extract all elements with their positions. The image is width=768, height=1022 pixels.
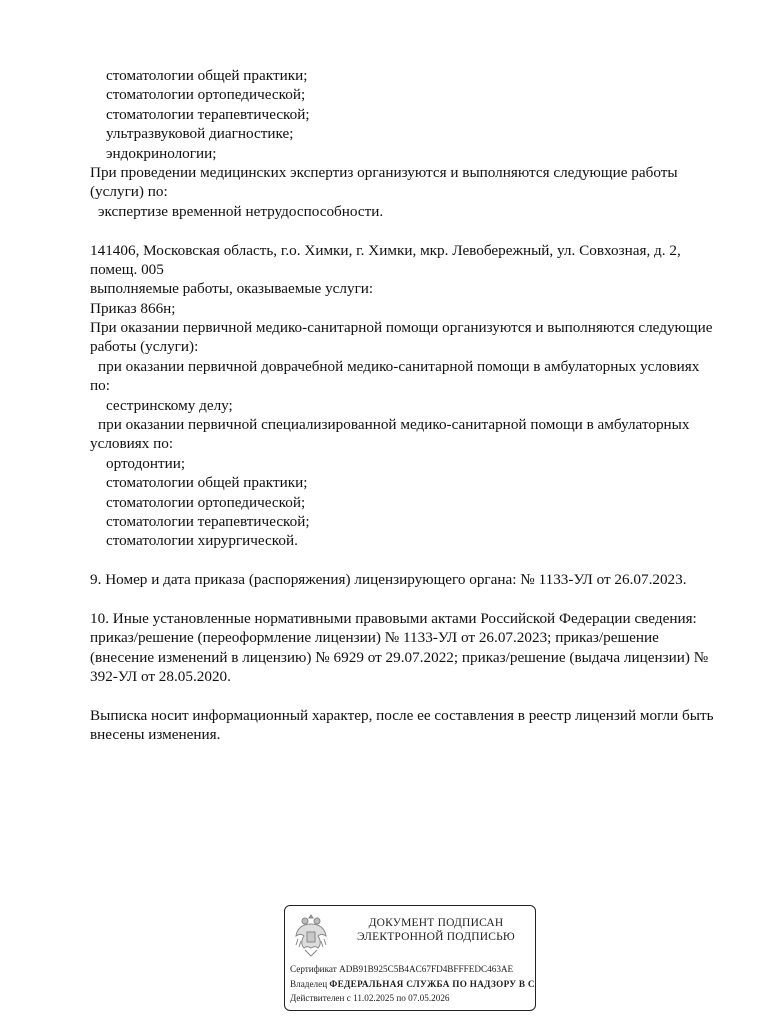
text-line: 141406, Московская область, г.о. Химки, … <box>90 241 730 260</box>
certificate-row: Сертификат ADB91B925C5B4AC67FD4BFFFEDC46… <box>290 962 536 977</box>
text-line: внесены изменения. <box>90 725 730 744</box>
russian-coat-of-arms-icon <box>293 912 329 958</box>
text-line: (услуги) по: <box>90 182 730 201</box>
text-line: 10. Иные установленные нормативными прав… <box>90 609 730 628</box>
text-line: работы (услуги): <box>90 337 730 356</box>
stamp-title-line-2: ЭЛЕКТРОННОЙ ПОДПИСЬЮ <box>341 930 531 944</box>
text-line: ортодонтии; <box>90 454 730 473</box>
blank-line <box>90 551 730 570</box>
certificate-value: ADB91B925C5B4AC67FD4BFFFEDC463AE <box>339 964 513 974</box>
stamp-title-line-1: ДОКУМЕНТ ПОДПИСАН <box>341 916 531 930</box>
text-line: условиях по: <box>90 434 730 453</box>
text-line: экспертизе временной нетрудоспособности. <box>90 202 730 221</box>
electronic-signature-stamp: ДОКУМЕНТ ПОДПИСАН ЭЛЕКТРОННОЙ ПОДПИСЬЮ С… <box>284 905 536 1011</box>
stamp-info: Сертификат ADB91B925C5B4AC67FD4BFFFEDC46… <box>290 962 536 1006</box>
stamp-title: ДОКУМЕНТ ПОДПИСАН ЭЛЕКТРОННОЙ ПОДПИСЬЮ <box>341 916 531 944</box>
owner-row: Владелец ФЕДЕРАЛЬНАЯ СЛУЖБА ПО НАДЗОРУ В… <box>290 977 536 992</box>
text-line: выполняемые работы, оказываемые услуги: <box>90 279 730 298</box>
text-line: сестринскому делу; <box>90 396 730 415</box>
text-line: стоматологии общей практики; <box>90 66 730 85</box>
validity-value: с 11.02.2025 по 07.05.2026 <box>347 993 450 1003</box>
text-line: ультразвуковой диагностике; <box>90 124 730 143</box>
text-line: при оказании первичной специализированно… <box>90 415 730 434</box>
text-line: стоматологии терапевтической; <box>90 105 730 124</box>
text-line: эндокринологии; <box>90 144 730 163</box>
text-line: помещ. 005 <box>90 260 730 279</box>
document-body: стоматологии общей практики;стоматологии… <box>90 66 730 745</box>
text-line: (внесение изменений в лицензию) № 6929 о… <box>90 648 730 667</box>
owner-value: ФЕДЕРАЛЬНАЯ СЛУЖБА ПО НАДЗОРУ В СФЕРЕ <box>329 979 536 989</box>
certificate-label: Сертификат <box>290 964 337 974</box>
text-line: Приказ 866н; <box>90 299 730 318</box>
text-line: стоматологии ортопедической; <box>90 493 730 512</box>
text-line: приказ/решение (переоформление лицензии)… <box>90 628 730 647</box>
text-line: стоматологии хирургической. <box>90 531 730 550</box>
text-line: 392-УЛ от 28.05.2020. <box>90 667 730 686</box>
validity-row: Действителен с 11.02.2025 по 07.05.2026 <box>290 991 536 1006</box>
validity-label: Действителен <box>290 993 344 1003</box>
text-line: 9. Номер и дата приказа (распоряжения) л… <box>90 570 730 589</box>
text-line: стоматологии ортопедической; <box>90 85 730 104</box>
blank-line <box>90 221 730 240</box>
blank-line <box>90 590 730 609</box>
text-line: При оказании первичной медико-санитарной… <box>90 318 730 337</box>
owner-label: Владелец <box>290 979 327 989</box>
text-line: стоматологии общей практики; <box>90 473 730 492</box>
text-line: по: <box>90 376 730 395</box>
text-line: При проведении медицинских экспертиз орг… <box>90 163 730 182</box>
blank-line <box>90 687 730 706</box>
text-line: при оказании первичной доврачебной медик… <box>90 357 730 376</box>
text-line: Выписка носит информационный характер, п… <box>90 706 730 725</box>
text-line: стоматологии терапевтической; <box>90 512 730 531</box>
